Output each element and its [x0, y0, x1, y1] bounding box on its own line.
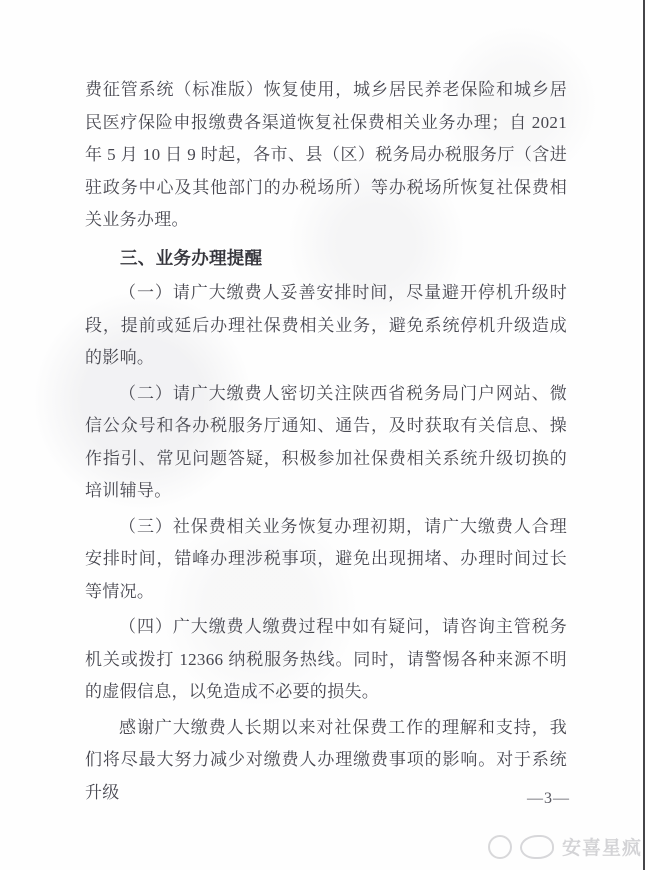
mascot-blob-icon [520, 835, 554, 859]
closing-paragraph: 感谢广大缴费人长期以来对社保费工作的理解和支持，我们将尽最大努力减少对缴费人办理… [85, 712, 567, 810]
body-paragraph-2: （二）请广大缴费人密切关注陕西省税务局门户网站、微信公众号和各办税服务厅通知、通… [85, 378, 567, 508]
body-paragraph-3: （三）社保费相关业务恢复办理初期，请广大缴费人合理安排时间，错峰办理涉税事项，避… [85, 511, 567, 609]
section-heading: 三、业务办理提醒 [85, 242, 567, 275]
page-number: —3— [527, 790, 570, 808]
body-paragraph-1: （一）请广大缴费人妥善安排时间，尽量避开停机升级时段，提前或延后办理社保费相关业… [85, 277, 567, 375]
scan-edge-line [643, 0, 645, 870]
intro-paragraph: 费征管系统（标准版）恢复使用，城乡居民养老保险和城乡居民医疗保险申报缴费各渠道恢… [85, 74, 567, 237]
document-body: 费征管系统（标准版）恢复使用，城乡居民养老保险和城乡居民医疗保险申报缴费各渠道恢… [85, 74, 567, 812]
body-paragraph-4: （四）广大缴费人缴费过程中如有疑问，请咨询主管税务机关或拨打 12366 纳税服… [85, 611, 567, 709]
mascot-round-icon [488, 835, 512, 859]
watermark-text: 安喜星疯 [562, 833, 642, 860]
watermark: 安喜星疯 [488, 833, 642, 860]
